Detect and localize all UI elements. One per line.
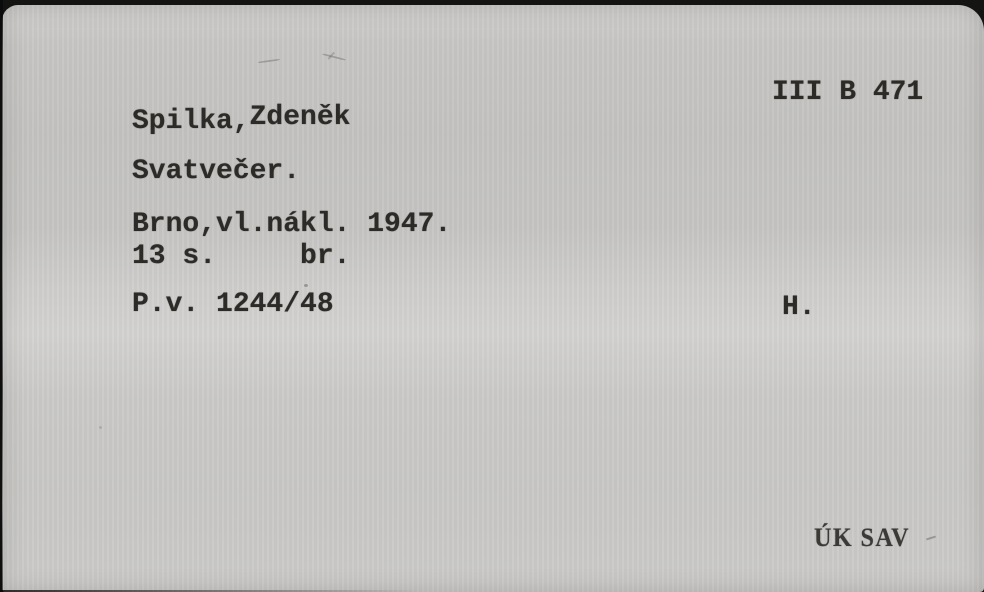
- scan-edge-left: [0, 0, 3, 592]
- library-stamp: ÚK SAV: [814, 523, 910, 553]
- author-line: Spilka,Zdeněk: [132, 105, 350, 139]
- author-surname: Spilka,: [132, 106, 250, 137]
- scanned-catalog-card-image: III B 471 Spilka,Zdeněk Svatvečer. Brno,…: [0, 0, 984, 592]
- call-number: III B 471: [772, 76, 923, 110]
- paper-speck: [99, 426, 102, 429]
- imprint-line: Brno,vl.nákl. 1947.: [132, 208, 451, 242]
- title-line: Svatvečer.: [132, 155, 300, 189]
- accession-number: P.v. 1244/48: [132, 288, 334, 322]
- author-given-name: Zdeněk: [250, 102, 351, 133]
- paper-speck: [304, 284, 308, 287]
- collation-line: 13 s. br.: [132, 240, 350, 274]
- annotation-letter: H.: [782, 291, 816, 325]
